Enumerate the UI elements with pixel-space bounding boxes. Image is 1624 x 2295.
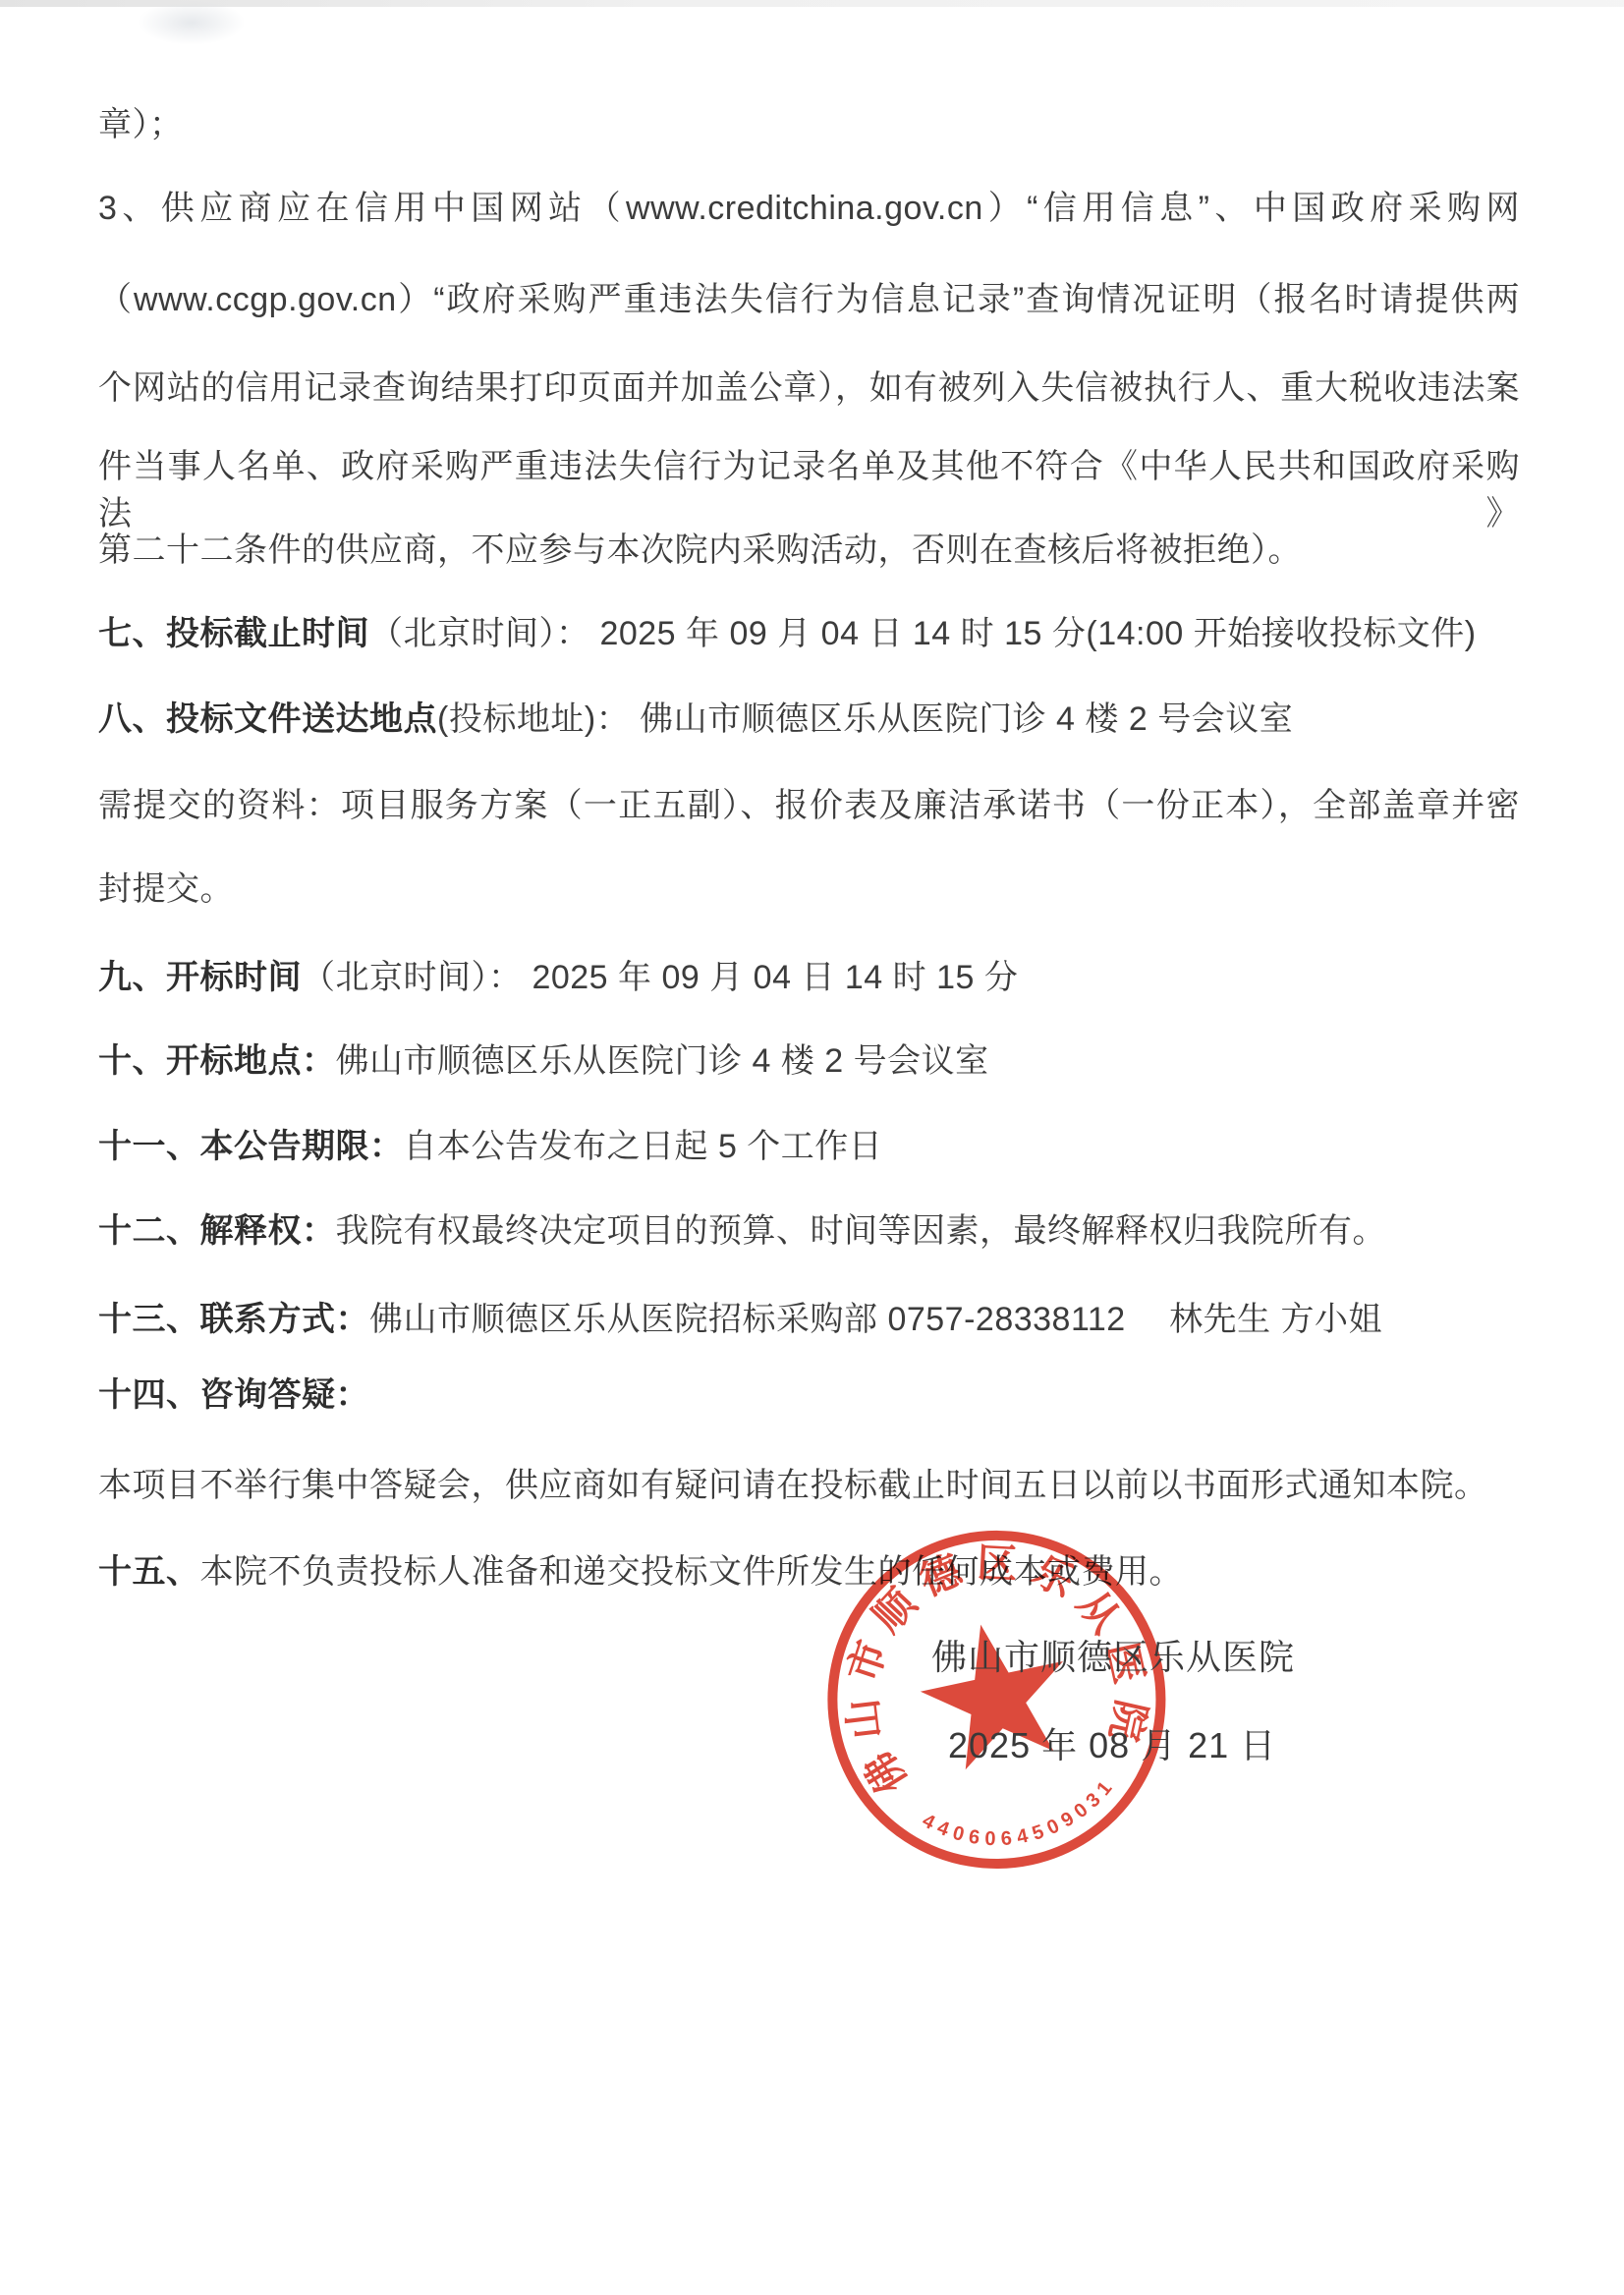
line-bold: 十二、解释权： [98, 1212, 336, 1250]
line-text: 需提交的资料：项目服务方案（一正五副）、报价表及廉洁承诺书（一份正本），全部盖章… [98, 787, 1520, 824]
doc-line-4: 个网站的信用记录查询结果打印页面并加盖公章），如有被列入失信被执行人、重大税收违… [98, 364, 1520, 412]
line-text: 封提交。 [98, 870, 234, 908]
line-text: (投标地址)： 佛山市顺德区乐从医院门诊 4 楼 2 号会议室 [437, 700, 1293, 738]
line-text: 佛山市顺德区乐从医院招标采购部 0757-28338112 林先生 方小姐 [369, 1301, 1382, 1338]
official-seal-stamp: 佛山市顺德区乐从医院 4406064509031 [787, 1488, 1206, 1908]
line-text: （www.ccgp.gov.cn）“政府采购严重违法失信行为信息记录”查询情况证… [98, 281, 1520, 318]
line-bold: 九、开标时间 [98, 959, 302, 996]
document-page: 章）； 3、供应商应在信用中国网站（www.creditchina.gov.cn… [0, 0, 1624, 2295]
line-bold: 七、投标截止时间 [98, 615, 369, 652]
doc-line-16: 十四、咨询答疑： [98, 1371, 1533, 1419]
doc-line-2: 3、供应商应在信用中国网站（www.creditchina.gov.cn）“信用… [98, 185, 1520, 232]
doc-line-1: 章）； [98, 101, 1533, 148]
line-bold: 十三、联系方式： [98, 1301, 369, 1338]
doc-line-9: 需提交的资料：项目服务方案（一正五副）、报价表及廉洁承诺书（一份正本），全部盖章… [98, 782, 1520, 829]
scan-smudge-artifact [138, 0, 246, 45]
doc-line-7: 七、投标截止时间（北京时间）： 2025 年 09 月 04 日 14 时 15… [98, 610, 1533, 657]
doc-line-3: （www.ccgp.gov.cn）“政府采购严重违法失信行为信息记录”查询情况证… [98, 276, 1520, 323]
line-bold: 十、开标地点： [98, 1042, 336, 1080]
signature-date: 2025 年 08 月 21 日 [948, 1721, 1276, 1770]
doc-line-13: 十一、本公告期限：自本公告发布之日起 5 个工作日 [98, 1123, 1533, 1170]
line-bold: 十四、咨询答疑： [98, 1376, 369, 1414]
line-text: 我院有权最终决定项目的预算、时间等因素，最终解释权归我院所有。 [336, 1212, 1387, 1250]
doc-line-11: 九、开标时间（北京时间）： 2025 年 09 月 04 日 14 时 15 分 [98, 954, 1533, 1001]
line-text: 个网站的信用记录查询结果打印页面并加盖公章），如有被列入失信被执行人、重大税收违… [98, 369, 1520, 407]
doc-line-6: 第二十二条件的供应商，不应参与本次院内采购活动，否则在查核后将被拒绝）。 [98, 527, 1533, 574]
line-bold: 八、投标文件送达地点 [98, 700, 437, 738]
line-text: （北京时间）： 2025 年 09 月 04 日 14 时 15 分(14:00… [369, 615, 1477, 652]
doc-line-8: 八、投标文件送达地点(投标地址)： 佛山市顺德区乐从医院门诊 4 楼 2 号会议… [98, 696, 1533, 743]
doc-line-10: 封提交。 [98, 866, 1533, 913]
line-text: 本项目不举行集中答疑会，供应商如有疑问请在投标截止时间五日以前以书面形式通知本院… [98, 1467, 1488, 1504]
signature-org: 佛山市顺德区乐从医院 [931, 1633, 1295, 1682]
doc-line-12: 十、开标地点：佛山市顺德区乐从医院门诊 4 楼 2 号会议室 [98, 1037, 1533, 1085]
line-text: 章）； [98, 106, 184, 143]
line-text: （北京时间）： 2025 年 09 月 04 日 14 时 15 分 [302, 959, 1018, 996]
doc-line-15: 十三、联系方式：佛山市顺德区乐从医院招标采购部 0757-28338112 林先… [98, 1296, 1533, 1343]
line-text: 第二十二条件的供应商，不应参与本次院内采购活动，否则在查核后将被拒绝）。 [98, 532, 1302, 569]
line-bold: 十五、 [98, 1553, 200, 1591]
doc-line-5: 件当事人名单、政府采购严重违法失信行为记录名单及其他不符合《中华人民共和国政府采… [98, 443, 1520, 537]
line-text: 自本公告发布之日起 5 个工作日 [404, 1128, 883, 1165]
doc-line-14: 十二、解释权：我院有权最终决定项目的预算、时间等因素，最终解释权归我院所有。 [98, 1207, 1533, 1255]
line-text: 件当事人名单、政府采购严重违法失信行为记录名单及其他不符合《中华人民共和国政府采… [98, 448, 1520, 532]
line-text: 3、供应商应在信用中国网站（www.creditchina.gov.cn）“信用… [98, 190, 1520, 227]
line-text: 佛山市顺德区乐从医院门诊 4 楼 2 号会议室 [336, 1042, 989, 1080]
doc-line-17: 本项目不举行集中答疑会，供应商如有疑问请在投标截止时间五日以前以书面形式通知本院… [98, 1462, 1533, 1509]
line-bold: 十一、本公告期限： [98, 1128, 404, 1165]
